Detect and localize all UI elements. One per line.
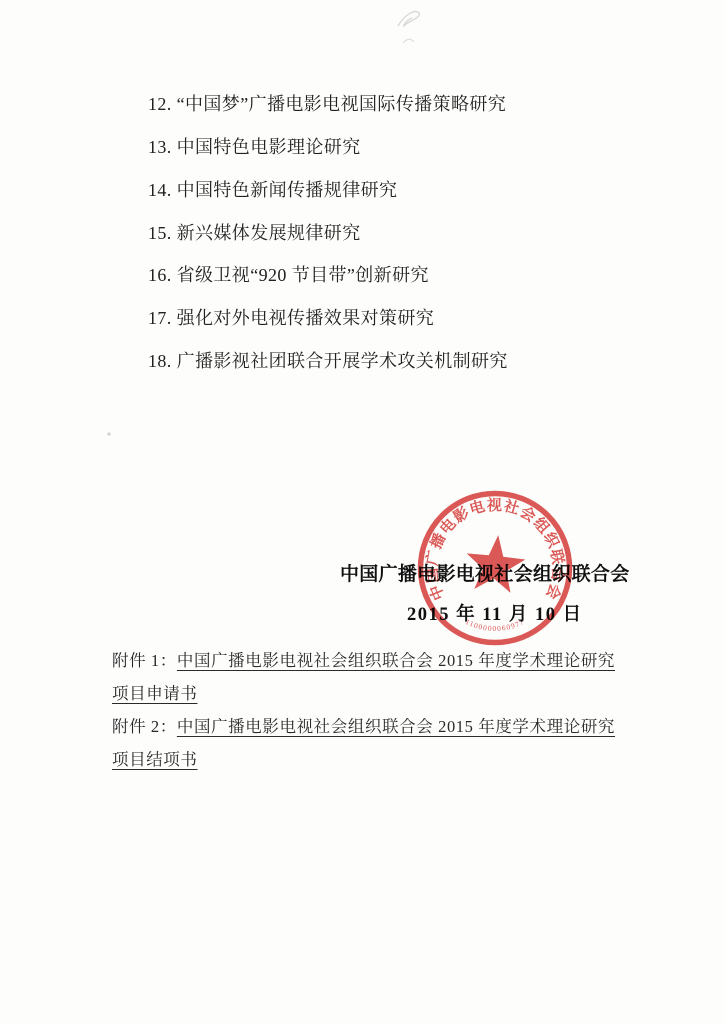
topic-item-18: 18. 广播影视社团联合开展学术攻关机制研究 [148,340,508,383]
scan-smudge [398,12,419,26]
attachments-section: 附件 1：中国广播电影电视社会组织联合会 2015 年度学术理论研究项目申请书 … [112,644,629,776]
attachment-2-label: 附件 2： [112,717,177,736]
signature-date: 2015 年 11 月 10 日 [407,600,583,626]
scan-smudge [403,39,414,43]
seal-ring-text: 中国广播电影电视社会组织联合会 [423,496,568,603]
topic-item-15: 15. 新兴媒体发展规律研究 [148,212,508,255]
topic-item-12: 12. “中国梦”广播电影电视国际传播策略研究 [148,83,508,126]
attachment-2-link[interactable]: 中国广播电影电视社会组织联合会 2015 年度学术理论研究项目结项书 [112,717,615,769]
topic-item-16: 16. 省级卫视“920 节目带”创新研究 [148,254,508,297]
attachment-row-1: 附件 1：中国广播电影电视社会组织联合会 2015 年度学术理论研究项目申请书 [112,644,629,710]
research-topic-list: 12. “中国梦”广播电影电视国际传播策略研究 13. 中国特色电影理论研究 1… [148,83,508,383]
attachment-1-link[interactable]: 中国广播电影电视社会组织联合会 2015 年度学术理论研究项目申请书 [112,651,615,703]
attachment-1-label: 附件 1： [112,651,177,670]
signature-organization: 中国广播电影电视社会组织联合会 [340,559,630,586]
scanned-document-page: 12. “中国梦”广播电影电视国际传播策略研究 13. 中国特色电影理论研究 1… [0,0,724,1024]
topic-item-17: 17. 强化对外电视传播效果对策研究 [148,297,508,340]
topic-item-14: 14. 中国特色新闻传播规律研究 [148,169,508,212]
scan-dot [107,432,110,435]
seal-ring-text-holder: 中国广播电影电视社会组织联合会 [423,496,568,603]
topic-item-13: 13. 中国特色电影理论研究 [148,126,508,169]
attachment-row-2: 附件 2：中国广播电影电视社会组织联合会 2015 年度学术理论研究项目结项书 [112,710,629,776]
